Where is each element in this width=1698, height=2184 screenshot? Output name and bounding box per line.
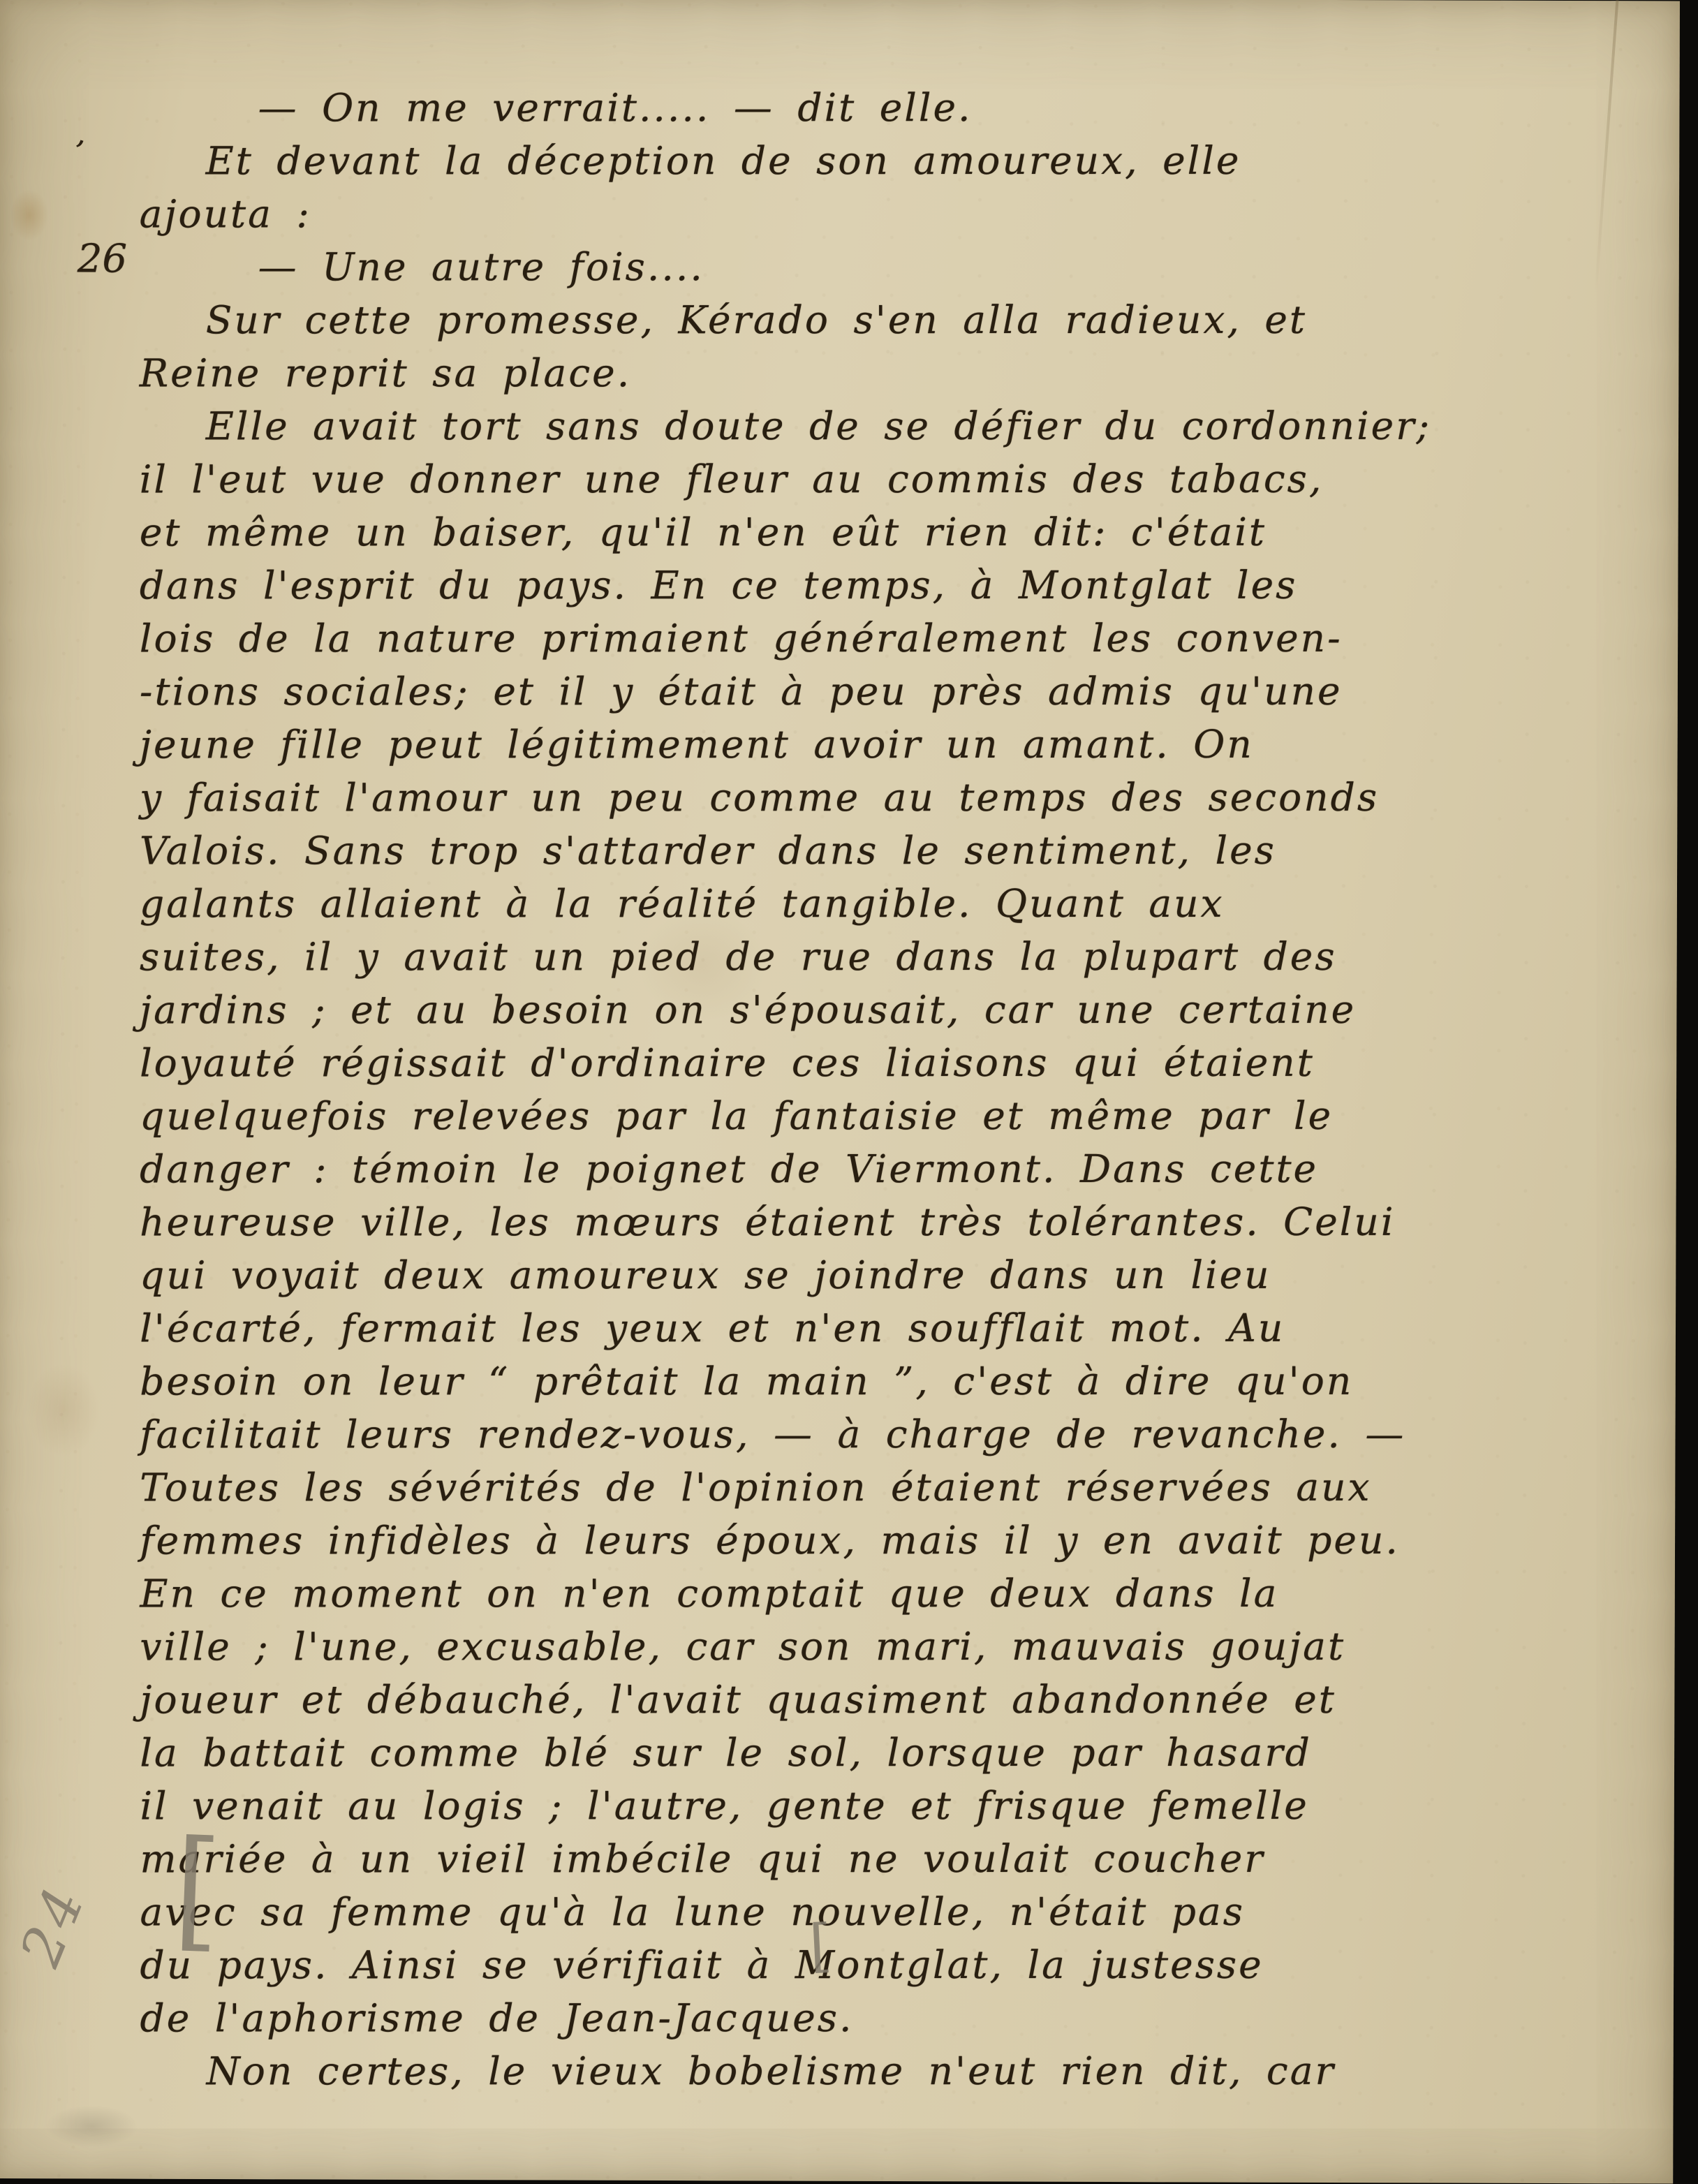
manuscript-line: galants allaient à la réalité tangible. … [140,877,1669,931]
manuscript-line: dans l'esprit du pays. En ce temps, à Mo… [140,559,1669,612]
manuscript-line: danger : témoin le poignet de Viermont. … [140,1142,1669,1196]
manuscript-line: mariée à un vieil imbécile qui ne voulai… [140,1832,1669,1886]
manuscript-line: la battait comme blé sur le sol, lorsque… [140,1726,1669,1780]
manuscript-line: ajouta : [140,187,1669,241]
manuscript-line: suites, il y avait un pied de rue dans l… [140,930,1669,984]
manuscript-line: Elle avait tort sans doute de se défier … [206,399,1669,453]
manuscript-line: -tions sociales; et il y était à peu prè… [140,665,1669,718]
paper-stain [25,2096,158,2157]
ink-speck: ’ [66,132,88,171]
manuscript-line: ville ; l'une, excusable, car son mari, … [140,1620,1669,1674]
manuscript-page: ’ 26 — On me verrait..... — dit elle.Et … [0,0,1680,2184]
photograph-background: ’ 26 — On me verrait..... — dit elle.Et … [0,0,1698,2184]
manuscript-line: Reine reprit sa place. [140,346,1669,400]
manuscript-line: de l'aphorisme de Jean-Jacques. [140,1991,1669,2045]
manuscript-line: du pays. Ainsi se vérifiait à Montglat, … [140,1938,1669,1992]
manuscript-line: besoin on leur “ prêtait la main ”, c'es… [140,1355,1669,1408]
manuscript-line: jeune fille peut légitimement avoir un a… [140,718,1669,772]
margin-page-number: 26 [77,236,127,281]
manuscript-line: heureuse ville, les mœurs étaient très t… [140,1195,1669,1249]
manuscript-line: Toutes les sévérités de l'opinion étaien… [140,1461,1669,1514]
manuscript-line: y faisait l'amour un peu comme au temps … [140,771,1669,825]
manuscript-line: l'écarté, fermait les yeux et n'en souff… [140,1301,1669,1355]
manuscript-line: — On me verrait..... — dit elle. [258,81,1669,135]
paper-stain [2,179,57,251]
manuscript-line: joueur et débauché, l'avait quasiment ab… [140,1673,1669,1727]
pencil-folio-number: 24 [8,1875,99,1975]
manuscript-line: loyauté régissait d'ordinaire ces liaiso… [140,1036,1669,1090]
manuscript-line: il venait au logis ; l'autre, gente et f… [140,1779,1669,1833]
manuscript-line: jardins ; et au besoin on s'épousait, ca… [140,983,1669,1037]
manuscript-line: En ce moment on n'en comptait que deux d… [140,1567,1669,1621]
pencil-bracket-margin-icon: [ [171,1813,223,1966]
manuscript-line: Non certes, le vieux bobelisme n'eut rie… [207,2044,1669,2098]
manuscript-line: il l'eut vue donner une fleur au commis … [140,452,1669,506]
manuscript-line: facilitait leurs rendez-vous, — à charge… [140,1408,1669,1461]
manuscript-line: qui voyait deux amoureux se joindre dans… [140,1248,1669,1302]
manuscript-line: quelquefois relevées par la fantaisie et… [140,1089,1669,1143]
manuscript-line: — Une autre fois.... [258,240,1669,294]
manuscript-line: Valois. Sans trop s'attarder dans le sen… [140,824,1669,878]
manuscript-line: Sur cette promesse, Kérado s'en alla rad… [206,293,1669,347]
manuscript-line: et même un baiser, qu'il n'en eût rien d… [140,506,1669,559]
manuscript-line: femmes infidèles à leurs époux, mais il … [140,1514,1669,1567]
pencil-bracket-inline-icon: [ [808,1912,834,1979]
manuscript-line: Et devant la déception de son amoureux, … [206,134,1669,188]
manuscript-line: lois de la nature primaient généralement… [140,612,1669,665]
paper-stain [10,1343,116,1476]
manuscript-lines: — On me verrait..... — dit elle.Et devan… [140,81,1669,2098]
manuscript-line: avec sa femme qu'à la lune nouvelle, n'é… [140,1885,1669,1939]
